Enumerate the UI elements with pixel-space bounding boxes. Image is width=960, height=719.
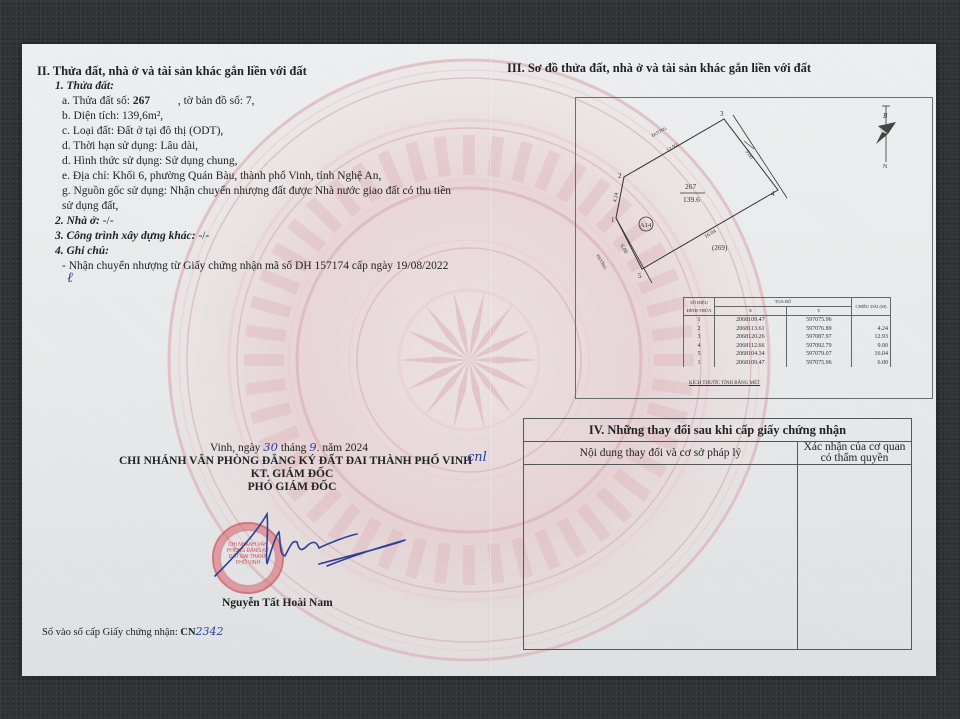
origin-line-1: g. Nguồn gốc sử dụng: Nhận chuyển nhượng…	[62, 185, 451, 199]
note-line: - Nhận chuyển nhượng từ Giấy chứng nhận …	[62, 260, 448, 274]
usage-term-line: d. Thời hạn sử dụng: Lâu dài,	[62, 140, 198, 154]
issue-date: Vinh, ngày 30 tháng 9. năm 2024	[210, 441, 368, 456]
cell-y: 597087.97	[786, 333, 851, 342]
coordinate-row: 32068120.26597087.9712.93	[684, 333, 891, 342]
cell-y: 597076.89	[786, 325, 851, 334]
vertex-4: 4	[771, 190, 775, 198]
col-x: X	[715, 307, 787, 316]
edge-length-3-4: 9.00	[744, 149, 755, 161]
edge-length-5-1: 6.00	[619, 244, 629, 256]
date-day: 30	[263, 440, 278, 454]
cell-x: 2068120.26	[715, 333, 787, 342]
neighbor-label: (269)	[712, 244, 728, 252]
change-content-cell	[524, 465, 798, 650]
other-works-line: 3. Công trình xây dựng khác: -/-	[55, 230, 209, 244]
date-month-label: tháng	[281, 442, 307, 454]
deputy-director: PHÓ GIÁM ĐỐC	[202, 481, 382, 495]
parcel-number: 267	[133, 95, 150, 107]
house-value: -/-	[103, 215, 114, 227]
edge-length-4-5: 16.04	[704, 228, 718, 240]
certificate-paper: II. Thửa đất, nhà ở và tài sản khác gắn …	[22, 44, 936, 676]
vertex-2: 2	[618, 172, 622, 180]
south-label: N	[883, 164, 888, 170]
section-2-title: II. Thửa đất, nhà ở và tài sản khác gắn …	[37, 65, 307, 79]
address-line: e. Địa chỉ: Khối 6, phường Quán Bàu, thà…	[62, 170, 381, 184]
parcel-number-label: 267	[685, 182, 697, 191]
signature	[207, 504, 407, 594]
other-works-value: -/-	[198, 230, 209, 242]
kt-director: KT. GIÁM ĐỐC	[202, 468, 382, 482]
changes-title: IV. Những thay đổi sau khi cấp giấy chứn…	[524, 419, 912, 442]
handwritten-initial: ℓ	[67, 272, 73, 286]
scale-note: KÍCH THƯỚC TÍNH BẰNG MÉT	[689, 381, 760, 386]
usage-form-line: d. Hình thức sử dụng: Sử dụng chung,	[62, 155, 238, 169]
parcel-number-line: a. Thửa đất số: 267 , tờ bản đồ số: 7,	[62, 95, 255, 109]
col-coordinates: TỌA ĐỘ	[715, 298, 852, 307]
north-arrow-icon: B N	[876, 106, 896, 170]
registry-line: Số vào sổ cấp Giấy chứng nhận: CN2342	[42, 625, 224, 640]
cell-length	[852, 316, 891, 325]
cell-length: 9.00	[852, 342, 891, 351]
changes-table: IV. Những thay đổi sau khi cấp giấy chứn…	[523, 418, 912, 650]
cell-y: 597075.96	[786, 316, 851, 325]
parcel-area-label: 139.6	[683, 195, 700, 204]
cell-length: 4.24	[852, 325, 891, 334]
notes-label: 4. Ghi chú:	[55, 245, 109, 259]
authority-confirmation-cell	[798, 465, 912, 650]
cell-y: 597075.96	[786, 359, 851, 368]
cell-x: 2068109.47	[715, 316, 787, 325]
col-y: Y	[786, 307, 851, 316]
vertex-5: 5	[638, 272, 642, 280]
coordinate-row: 22068113.61597076.894.24	[684, 325, 891, 334]
col-confirm-line-2: có thẩm quyền	[798, 453, 911, 464]
date-year: năm 2024	[322, 442, 368, 454]
coordinate-row: 52068104.34597079.0716.04	[684, 350, 891, 359]
cell-length: 12.93	[852, 333, 891, 342]
cell-point: 1	[684, 316, 715, 325]
cell-point: 4	[684, 342, 715, 351]
cell-length: 6.00	[852, 359, 891, 368]
col-point: SỐ HIỆU ĐỈNH THỬA	[684, 298, 715, 316]
col-length: CHIỀU DÀI (M)	[852, 298, 891, 316]
origin-line-2: sử dụng đất,	[62, 200, 118, 214]
vertex-3: 3	[720, 110, 724, 118]
cell-x: 2068113.61	[715, 325, 787, 334]
cell-point: 3	[684, 333, 715, 342]
coordinate-row: 12068109.47597075.96	[684, 316, 891, 325]
land-type-line: c. Loại đất: Đất ở tại đô thị (ODT),	[62, 125, 223, 139]
cell-y: 597092.79	[786, 342, 851, 351]
coordinate-row: 42068112.66597092.799.00	[684, 342, 891, 351]
cell-point: 5	[684, 350, 715, 359]
page-fold	[489, 44, 491, 676]
coordinate-table: SỐ HIỆU ĐỈNH THỬA TỌA ĐỘ CHIỀU DÀI (M) X…	[683, 297, 891, 367]
coordinate-row: 12068109.47597075.966.00	[684, 359, 891, 368]
other-works-label: 3. Công trình xây dựng khác:	[55, 230, 195, 242]
registry-label: Số vào sổ cấp Giấy chứng nhận:	[42, 627, 178, 638]
registry-number: 2342	[196, 625, 224, 638]
registry-prefix: CN	[180, 627, 195, 638]
house-line: 2. Nhà ở: -/-	[55, 215, 114, 229]
block-label: A14	[640, 222, 652, 229]
road-label-west: ĐƯỜNG	[595, 254, 608, 271]
cell-x: 2068109.47	[715, 359, 787, 368]
map-sheet-number: , tờ bản đồ số: 7,	[178, 95, 255, 107]
col-authority-confirmation: Xác nhận của cơ quan có thẩm quyền	[798, 442, 912, 465]
parcel-number-label: a. Thửa đất số:	[62, 95, 130, 107]
section-3-title: III. Sơ đồ thửa đất, nhà ở và tài sản kh…	[507, 62, 811, 76]
cell-x: 2068104.34	[715, 350, 787, 359]
item-1-title: 1. Thửa đất:	[55, 80, 114, 94]
cell-x: 2068112.66	[715, 342, 787, 351]
cell-y: 597079.07	[786, 350, 851, 359]
cell-length: 16.04	[852, 350, 891, 359]
cell-point: 1	[684, 359, 715, 368]
north-label: B	[883, 112, 888, 120]
issuing-office: CHI NHÁNH VĂN PHÒNG ĐĂNG KÝ ĐẤT ĐAI THÀN…	[119, 455, 472, 469]
signer-name: Nguyễn Tất Hoài Nam	[222, 597, 333, 611]
area-line: b. Diện tích: 139,6m²,	[62, 110, 163, 124]
date-month: 9	[309, 440, 316, 454]
vertex-1: 1	[611, 216, 615, 224]
office-initial: cnl	[467, 451, 487, 465]
edge-length-2-3: 12.93	[666, 142, 680, 154]
col-change-content: Nội dung thay đổi và cơ sở pháp lý	[524, 442, 798, 465]
date-prefix: Vinh, ngày	[210, 442, 260, 454]
cell-point: 2	[684, 325, 715, 334]
house-label: 2. Nhà ở:	[55, 215, 100, 227]
road-label-north: ĐƯỜNG	[651, 125, 668, 138]
